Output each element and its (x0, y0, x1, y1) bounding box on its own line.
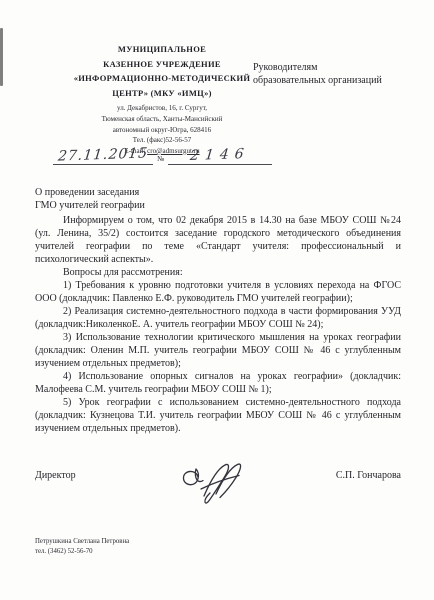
agenda-item: 3) Использование технологии критического… (35, 331, 401, 370)
recipient-line: образовательных организаций (253, 75, 423, 88)
org-name-line: «ИНФОРМАЦИОННО-МЕТОДИЧЕСКИЙ (42, 71, 282, 86)
agenda-item: 5) Урок географии с использованием систе… (35, 396, 401, 435)
org-name-line: КАЗЕННОЕ УЧРЕЖДЕНИЕ (42, 57, 282, 72)
number-blank: 2146 (168, 146, 272, 165)
org-name-line: ЦЕНТР» (МКУ «ИМЦ») (42, 86, 282, 101)
executor-footer: Петрушкина Светлана Петровна тел. (3462)… (35, 537, 129, 556)
signer-position: Директор (35, 470, 76, 481)
signature-block: Директор С.П. Гончарова (35, 458, 401, 508)
agenda-item: 2) Реализация системно-деятельностного п… (35, 305, 401, 331)
address-line: Тюменская область, Ханты-Мансийский (42, 114, 282, 125)
address-line: ул. Декабристов, 16, г. Сургут, (42, 103, 282, 114)
questions-label: Вопросы для рассмотрения: (35, 266, 401, 279)
agenda-item: 1) Требования к уровню подготовки учител… (35, 279, 401, 305)
scan-edge-artifact (0, 28, 3, 86)
letter-body: Информируем о том, что 02 декабря 2015 в… (35, 214, 401, 435)
handwritten-date: 27.11.2015 (57, 145, 149, 164)
number-sign: № (157, 154, 164, 165)
letterhead: МУНИЦИПАЛЬНОЕ КАЗЕННОЕ УЧРЕЖДЕНИЕ «ИНФОР… (42, 42, 282, 156)
intro-paragraph: Информируем о том, что 02 декабря 2015 в… (35, 214, 401, 266)
executor-name: Петрушкина Светлана Петровна (35, 537, 129, 547)
date-blank: 27.11.2015 (53, 146, 153, 165)
signature-scribble-icon (173, 458, 265, 506)
subject-block: О проведении заседания ГМО учителей геог… (35, 186, 255, 212)
address-line: автономный округ-Югра, 628416 (42, 125, 282, 136)
handwritten-number: 2146 (190, 146, 251, 164)
executor-phone: тел. (3462) 52-56-70 (35, 547, 129, 557)
subject-line: О проведении заседания (35, 186, 255, 199)
agenda-item: 4) Использование опорных сигналов на уро… (35, 370, 401, 396)
date-number-row: 27.11.2015 № 2146 (53, 146, 272, 165)
org-name-line: МУНИЦИПАЛЬНОЕ (42, 42, 282, 57)
document-page: МУНИЦИПАЛЬНОЕ КАЗЕННОЕ УЧРЕЖДЕНИЕ «ИНФОР… (0, 0, 434, 600)
signer-name: С.П. Гончарова (336, 470, 401, 481)
phone-line: Тел. (факс)52-56-57 (42, 135, 282, 146)
recipient-block: Руководителям образовательных организаци… (253, 62, 423, 87)
recipient-line: Руководителям (253, 62, 423, 75)
subject-line: ГМО учителей географии (35, 199, 255, 212)
